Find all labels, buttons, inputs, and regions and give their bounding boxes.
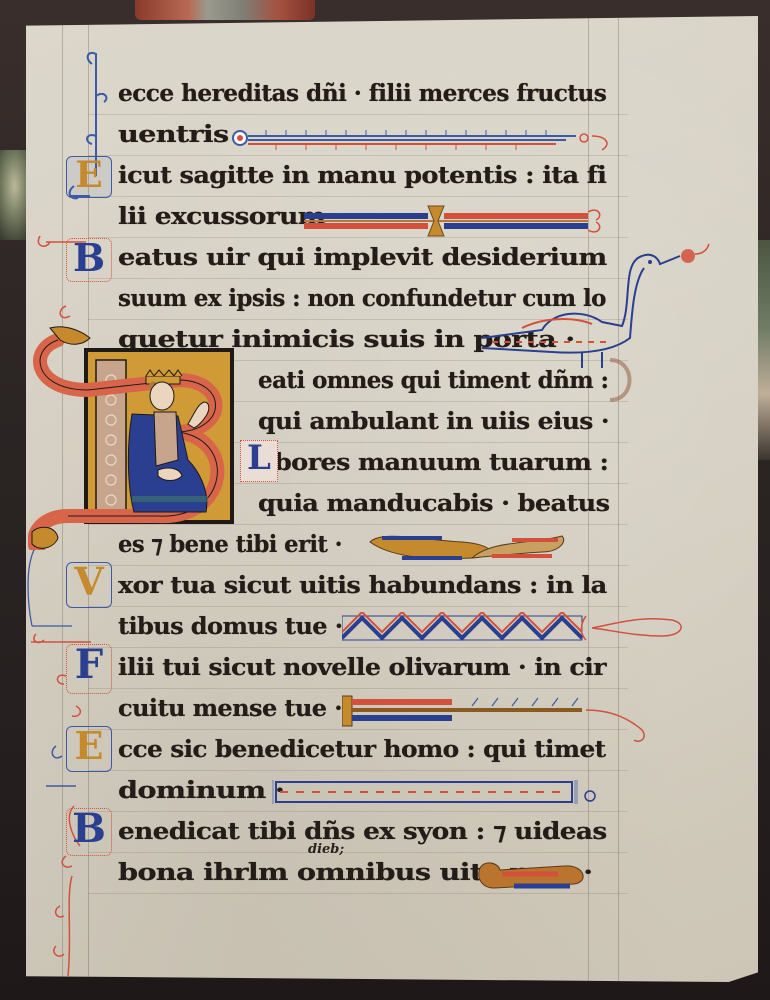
historiated-initial-art (28, 320, 238, 550)
manuscript-leaf: ecce hereditas dñi · filii merces fructu… (26, 16, 758, 982)
ruling-line (88, 647, 628, 648)
line-filler-zigzag (342, 612, 692, 646)
text-line: dominum · (118, 775, 284, 807)
ruling-line (88, 852, 628, 853)
line-filler-banded (272, 776, 612, 810)
text-line: abores manuum tuarum : (258, 447, 608, 479)
text-line: enedicat tibi dñs ex syon : ⁊ uideas (118, 816, 607, 848)
text-line: ilii tui sicut novelle olivarum · in cir (118, 652, 606, 684)
offset-ghost-initial (606, 356, 636, 406)
text-line: tibus domus tue · (118, 611, 342, 643)
ruling-line (88, 565, 628, 566)
text-line: icut sagitte in manu potentis : ita fi (118, 160, 606, 192)
ruling-line (88, 114, 628, 115)
text-line: cuitu mense tue · (118, 693, 342, 725)
text-line: quia manducabis · beatus (258, 488, 609, 520)
ruling-line (88, 770, 628, 771)
line-filler-dragon-scroll (362, 530, 572, 564)
ruling-line (618, 16, 619, 982)
initial-e: E (66, 726, 112, 772)
initial-l: L (240, 440, 278, 482)
interlinear-gloss: dieb; (308, 842, 344, 857)
ruling-line (88, 196, 628, 197)
initial-e: E (66, 156, 112, 198)
background-object (135, 0, 315, 20)
line-filler-gold-scroll (474, 858, 594, 894)
ruling-line (88, 688, 628, 689)
initial-f: F (66, 644, 112, 694)
initial-b: B (66, 238, 112, 282)
bird-grotesque (482, 242, 712, 372)
ruling-line (88, 606, 628, 607)
line-filler-feathered-bar (342, 692, 672, 752)
text-line: xor tua sicut uitis habundans : in la (118, 570, 607, 602)
initial-b: B (66, 808, 112, 856)
historiated-initial-b (28, 320, 238, 550)
initial-v: V (66, 562, 112, 608)
line-filler-feathered (226, 124, 626, 158)
text-line: qui ambulant in uiis eius · (258, 406, 609, 438)
text-line: ecce hereditas dñi · filii merces fructu… (118, 78, 606, 110)
ruling-line (88, 811, 628, 812)
line-filler-split-bar (298, 202, 608, 242)
